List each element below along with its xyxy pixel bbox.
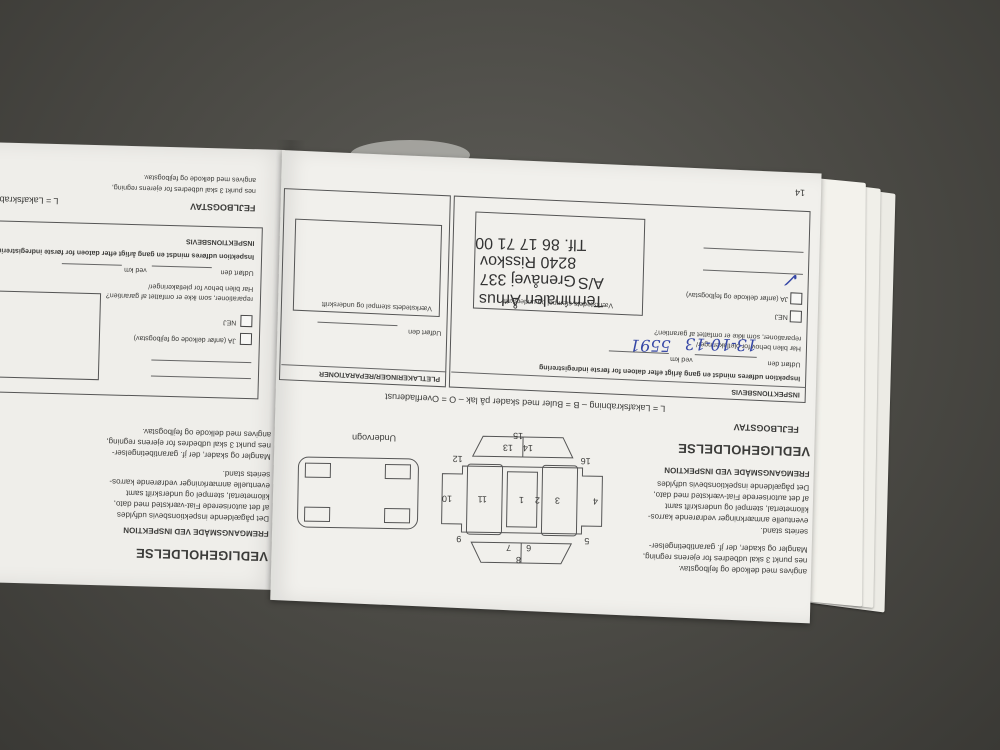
nej-checkbox[interactable] xyxy=(240,315,252,327)
page-number: 14 xyxy=(795,187,805,197)
stamp-city: 8240 Risskov xyxy=(480,251,576,271)
stamp-box xyxy=(0,290,101,380)
car-part-number: 1 xyxy=(519,495,524,505)
car-part-number: 7 xyxy=(506,543,511,553)
car-part-number: 11 xyxy=(478,494,488,504)
right-heading: VEDLIGEHOLDELSE xyxy=(678,442,811,458)
car-part-number: 6 xyxy=(526,543,531,553)
photo-scene: INSPEKTIONSBEVIS Inspektion udføres mind… xyxy=(0,0,1000,750)
car-part-number: 13 xyxy=(503,443,513,453)
car-part-number: 12 xyxy=(453,454,463,464)
undervogn-diagram xyxy=(294,454,420,531)
car-part-number: 16 xyxy=(581,456,591,466)
legend-text: L = Lakafskrabn xyxy=(0,194,59,206)
car-damage-diagram: 12345678910111213141516 xyxy=(431,433,613,566)
nej-checkmark: ✓ xyxy=(784,268,801,292)
nej-checkbox[interactable] xyxy=(790,310,802,323)
car-part-number: 8 xyxy=(516,555,521,565)
left-heading: VEDLIGEHOLDELSE xyxy=(136,547,269,563)
ved-km-label: ved km xyxy=(670,353,693,364)
inspection-title: INSPEKTIONSBEVIS xyxy=(186,235,255,247)
stamp-street: Grenåvej 337 xyxy=(480,269,576,289)
handwritten-km: 5591 xyxy=(630,336,671,356)
undervogn-label: Undervogn xyxy=(352,433,396,444)
car-part-number: 15 xyxy=(513,431,523,441)
car-part-number: 9 xyxy=(456,534,461,544)
paragraph-line: seriets stand. xyxy=(760,524,808,538)
udfort-den-label: Udført den xyxy=(220,266,253,277)
car-part-number: 4 xyxy=(593,496,598,506)
left-page-text-block: VEDLIGEHOLDELSE FREMGANGSMÅDE VED INSPEK… xyxy=(0,376,293,584)
nej-label: NEJ xyxy=(223,316,236,326)
car-part-number: 3 xyxy=(555,496,560,506)
udfort-den-label: Udført den xyxy=(767,357,800,368)
ja-checkbox[interactable] xyxy=(240,333,252,345)
left-subheading: FREMGANGSMÅDE VED INSPEKTION xyxy=(123,524,269,538)
ved-km-label: ved km xyxy=(124,264,147,275)
stamp-phone: Tlf. 86 17 71 00 xyxy=(475,233,586,253)
pletlakering-udfort-label: Udført den xyxy=(408,326,441,337)
workshop-stamp: Terminalen Århus A/S Grenåvej 337 8240 R… xyxy=(451,223,613,316)
car-part-number: 2 xyxy=(535,495,540,505)
nej-label: NEJ xyxy=(774,311,787,322)
car-part-number: 10 xyxy=(442,494,452,504)
paragraph-line: angives med delkode og fejlbogstav. xyxy=(678,562,807,578)
car-part-number: 14 xyxy=(523,443,533,453)
handwritten-date: 13-10-13 xyxy=(685,334,757,354)
paragraph-line: seriets stand. xyxy=(223,468,271,479)
car-part-number: 5 xyxy=(584,536,589,546)
fejlbogstav-label: FEJLBOGSTAV xyxy=(190,200,255,215)
ja-checkbox[interactable] xyxy=(790,292,802,305)
